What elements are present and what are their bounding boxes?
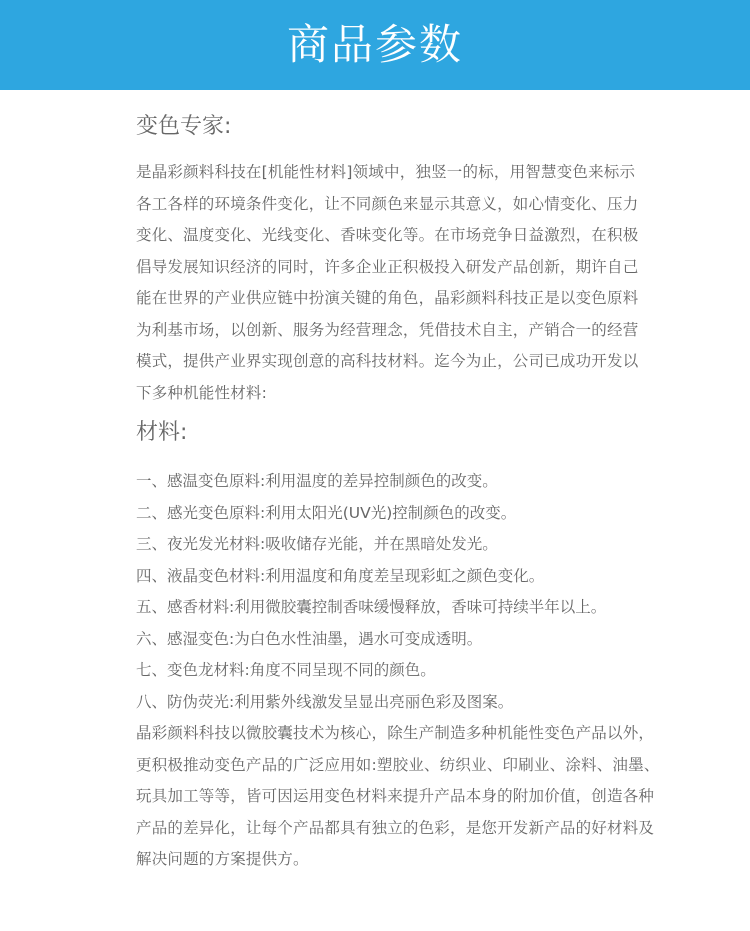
intro-line: 为利基市场，以创新、服务为经营理念，凭借技术自主，产销合一的经营 — [136, 315, 696, 347]
header-banner: 商品参数 — [0, 0, 750, 90]
outro-line: 玩具加工等等，皆可因运用变色材料来提升产品本身的附加价值，创造各种 — [136, 781, 696, 813]
list-item: 五、感香材料:利用微胶囊控制香味缓慢释放，香味可持续半年以上。 — [136, 592, 696, 624]
intro-line: 是晶彩颜料科技在[机能性材料]领域中，独竖一的标，用智慧变色来标示 — [136, 157, 696, 189]
intro-line: 倡导发展知识经济的同时，许多企业正积极投入研发产品创新，期许自己 — [136, 252, 696, 284]
list-item: 七、变色龙材料:角度不同呈现不同的颜色。 — [136, 655, 696, 687]
outro-paragraph: 晶彩颜料科技以微胶囊技术为核心，除生产制造多种机能性变色产品以外， 更积极推动变… — [136, 718, 696, 876]
list-item: 六、感湿变色:为白色水性油墨，遇水可变成透明。 — [136, 624, 696, 656]
materials-list: 一、感温变色原料:利用温度的差异控制颜色的改变。 二、感光变色原料:利用太阳光(… — [136, 466, 696, 718]
list-item: 二、感光变色原料:利用太阳光(UV光)控制颜色的改变。 — [136, 498, 696, 530]
outro-line: 产品的差异化，让每个产品都具有独立的色彩，是您开发新产品的好材料及 — [136, 813, 696, 845]
list-item: 三、夜光发光材料:吸收储存光能，并在黑暗处发光。 — [136, 529, 696, 561]
list-item: 四、液晶变色材料:利用温度和角度差呈现彩虹之颜色变化。 — [136, 561, 696, 593]
outro-line: 晶彩颜料科技以微胶囊技术为核心，除生产制造多种机能性变色产品以外， — [136, 718, 696, 750]
intro-line: 变化、温度变化、光线变化、香味变化等。在市场竞争日益激烈，在积极 — [136, 220, 696, 252]
list-item: 八、防伪荧光:利用紫外线激发呈显出亮丽色彩及图案。 — [136, 687, 696, 719]
intro-paragraph: 是晶彩颜料科技在[机能性材料]领域中，独竖一的标，用智慧变色来标示 各工各样的环… — [136, 157, 696, 409]
intro-line: 能在世界的产业供应链中扮演关键的角色，晶彩颜料科技正是以变色原料 — [136, 283, 696, 315]
section-title-materials: 材料: — [136, 416, 696, 450]
outro-line: 解决问题的方案提供方。 — [136, 844, 696, 876]
outro-line: 更积极推动变色产品的广泛应用如:塑胶业、纺织业、印刷业、涂料、油墨、 — [136, 750, 696, 782]
section-title-expert: 变色专家: — [136, 110, 696, 144]
intro-line: 模式，提供产业界实现创意的高科技材料。迄今为止，公司已成功开发以 — [136, 346, 696, 378]
list-item: 一、感温变色原料:利用温度的差异控制颜色的改变。 — [136, 466, 696, 498]
page-title: 商品参数 — [287, 24, 463, 66]
intro-line: 各工各样的环境条件变化，让不同颜色来显示其意义，如心情变化、压力 — [136, 189, 696, 221]
content: 变色专家: 是晶彩颜料科技在[机能性材料]领域中，独竖一的标，用智慧变色来标示 … — [136, 110, 696, 876]
intro-line: 下多种机能性材料: — [136, 378, 696, 410]
